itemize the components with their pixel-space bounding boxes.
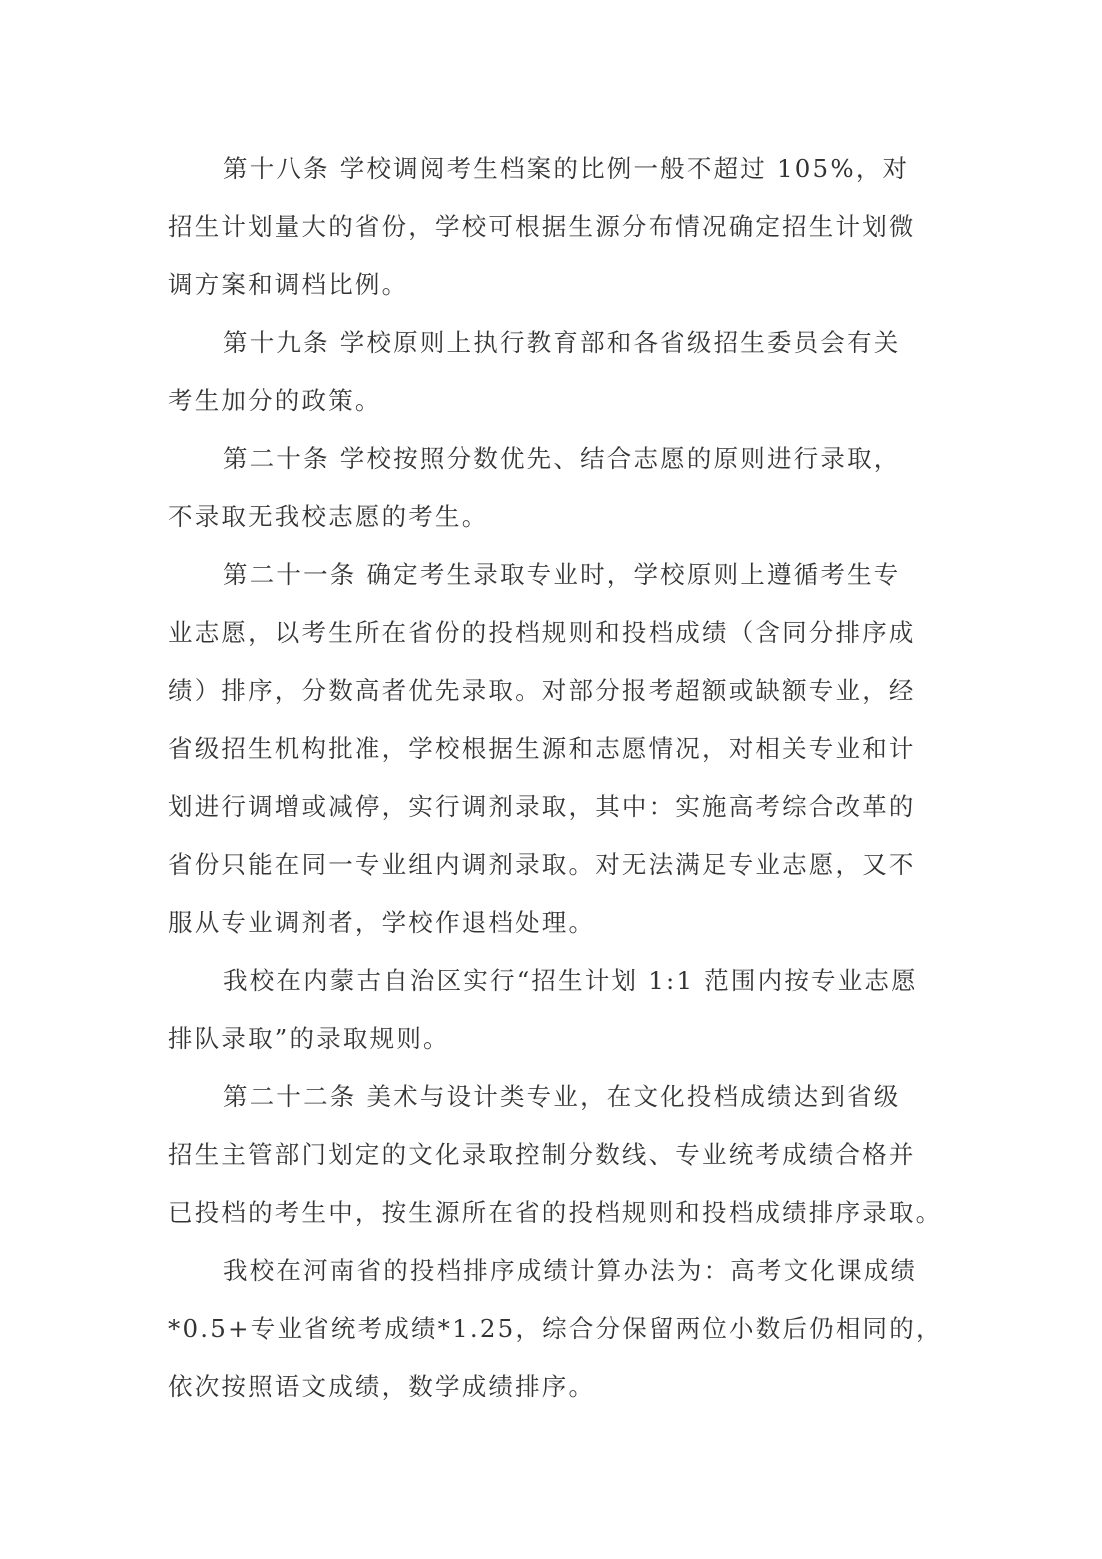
paragraph-henan-rule: 我校在河南省的投档排序成绩计算办法为：高考文化课成绩 *0.5+专业省统考成绩*…: [168, 1242, 938, 1416]
paragraph-article-19: 第十九条 学校原则上执行教育部和各省级招生委员会有关 考生加分的政策。: [168, 314, 938, 430]
text-line: 不录取无我校志愿的考生。: [168, 488, 938, 546]
paragraph-article-20: 第二十条 学校按照分数优先、结合志愿的原则进行录取， 不录取无我校志愿的考生。: [168, 430, 938, 546]
text-line: 省份只能在同一专业组内调剂录取。对无法满足专业志愿，又不: [168, 836, 938, 894]
text-line: 我校在内蒙古自治区实行“招生计划 1:1 范围内按专业志愿: [168, 952, 938, 1010]
text-line: 第十九条 学校原则上执行教育部和各省级招生委员会有关: [168, 314, 938, 372]
text-line: 依次按照语文成绩，数学成绩排序。: [168, 1358, 938, 1416]
text-line: 招生计划量大的省份，学校可根据生源分布情况确定招生计划微: [168, 198, 938, 256]
paragraph-inner-mongolia-rule: 我校在内蒙古自治区实行“招生计划 1:1 范围内按专业志愿 排队录取”的录取规则…: [168, 952, 938, 1068]
text-line: 省级招生机构批准，学校根据生源和志愿情况，对相关专业和计: [168, 720, 938, 778]
text-line: 绩）排序，分数高者优先录取。对部分报考超额或缺额专业，经: [168, 662, 938, 720]
paragraph-article-22: 第二十二条 美术与设计类专业，在文化投档成绩达到省级 招生主管部门划定的文化录取…: [168, 1068, 938, 1242]
paragraph-article-18: 第十八条 学校调阅考生档案的比例一般不超过 105%，对 招生计划量大的省份，学…: [168, 140, 938, 314]
paragraph-article-21: 第二十一条 确定考生录取专业时，学校原则上遵循考生专 业志愿，以考生所在省份的投…: [168, 546, 938, 952]
text-line: 招生主管部门划定的文化录取控制分数线、专业统考成绩合格并: [168, 1126, 938, 1184]
text-line: 服从专业调剂者，学校作退档处理。: [168, 894, 938, 952]
text-line: 排队录取”的录取规则。: [168, 1010, 938, 1068]
text-line: 已投档的考生中，按生源所在省的投档规则和投档成绩排序录取。: [168, 1184, 938, 1242]
text-line: 考生加分的政策。: [168, 372, 938, 430]
text-line: 调方案和调档比例。: [168, 256, 938, 314]
text-line: 划进行调增或减停，实行调剂录取，其中：实施高考综合改革的: [168, 778, 938, 836]
document-page: 第十八条 学校调阅考生档案的比例一般不超过 105%，对 招生计划量大的省份，学…: [168, 140, 938, 1416]
text-line: 第十八条 学校调阅考生档案的比例一般不超过 105%，对: [168, 140, 938, 198]
text-line: 第二十一条 确定考生录取专业时，学校原则上遵循考生专: [168, 546, 938, 604]
text-line: 我校在河南省的投档排序成绩计算办法为：高考文化课成绩: [168, 1242, 938, 1300]
text-line: 第二十条 学校按照分数优先、结合志愿的原则进行录取，: [168, 430, 938, 488]
text-line: 第二十二条 美术与设计类专业，在文化投档成绩达到省级: [168, 1068, 938, 1126]
text-line: 业志愿，以考生所在省份的投档规则和投档成绩（含同分排序成: [168, 604, 938, 662]
text-line: *0.5+专业省统考成绩*1.25，综合分保留两位小数后仍相同的，: [168, 1300, 938, 1358]
